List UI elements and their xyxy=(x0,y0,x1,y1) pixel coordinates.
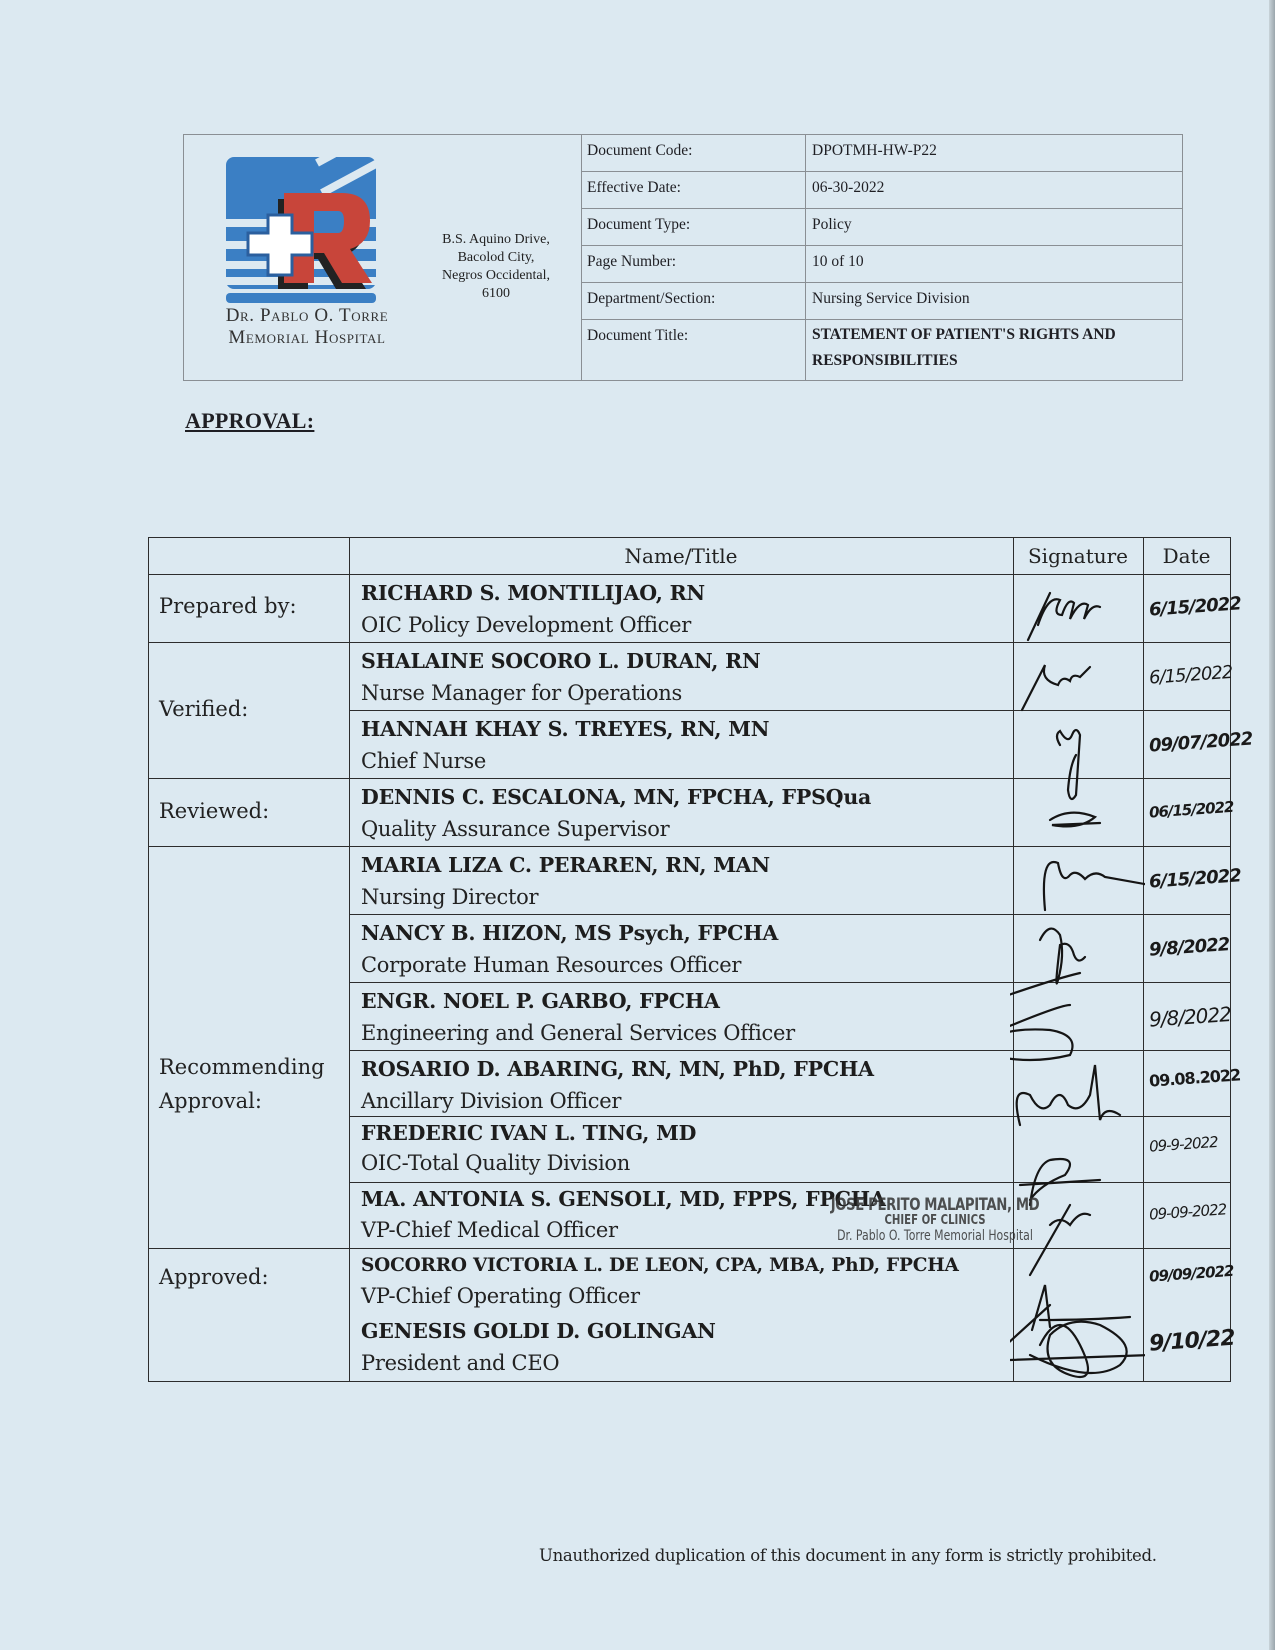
signatory-title: Chief Nurse xyxy=(361,744,1001,778)
signatory-name: GENESIS GOLDI D. GOLINGAN xyxy=(361,1316,1001,1346)
stamp-line1: JOSE PERITO MALAPITAN, MD xyxy=(830,1195,1041,1215)
signatory-title: Nursing Director xyxy=(361,880,1001,914)
table-row: FREDERIC IVAN L. TING, MD OIC-Total Qual… xyxy=(361,1118,1001,1178)
info-row-effective-date: Effective Date: 06-30-2022 xyxy=(581,172,1182,209)
signature-date: 6/15/2022 xyxy=(1148,660,1254,688)
signatory-title: OIC-Total Quality Division xyxy=(361,1148,1001,1178)
signatory-name: SOCORRO VICTORIA L. DE LEON, CPA, MBA, P… xyxy=(361,1251,1001,1281)
info-label: Document Title: xyxy=(581,320,806,380)
signature-date: 9/10/22 xyxy=(1148,1324,1254,1356)
signatory-name: MARIA LIZA C. PERAREN, RN, MAN xyxy=(361,850,1001,880)
table-row: HANNAH KHAY S. TREYES, RN, MN Chief Nurs… xyxy=(361,714,1001,778)
table-row: ROSARIO D. ABARING, RN, MN, PhD, FPCHA A… xyxy=(361,1054,1001,1118)
signatory-title: Engineering and General Services Officer xyxy=(361,1016,1001,1050)
signatory-title: Quality Assurance Supervisor xyxy=(361,812,1001,846)
address-line: 6100 xyxy=(416,285,576,303)
column-header-role xyxy=(149,538,349,574)
group-label-approved: Approved: xyxy=(159,1260,269,1294)
signatory-title: Nurse Manager for Operations xyxy=(361,676,1001,710)
hospital-logo-icon xyxy=(222,153,382,305)
signatory-name: ENGR. NOEL P. GARBO, FPCHA xyxy=(361,986,1001,1016)
group-label-recommending: Recommending Approval: xyxy=(159,1050,339,1118)
chief-of-clinics-stamp: JOSE PERITO MALAPITAN, MD CHIEF OF CLINI… xyxy=(800,1195,1070,1244)
hospital-name-line1: Dr. Pablo O. Torre xyxy=(192,305,422,327)
group-label-reviewed: Reviewed: xyxy=(159,794,269,828)
document-title: STATEMENT OF PATIENT'S RIGHTS AND RESPON… xyxy=(806,320,1182,382)
column-header-date: Date xyxy=(1143,538,1230,574)
signatory-title: President and CEO xyxy=(361,1346,1001,1380)
page-edge xyxy=(1269,0,1275,1650)
document-info: Document Code: DPOTMH-HW-P22 Effective D… xyxy=(581,135,1182,380)
info-label: Effective Date: xyxy=(581,172,806,208)
signature-date: 09.08.2022 xyxy=(1148,1064,1254,1090)
signatory-name: HANNAH KHAY S. TREYES, RN, MN xyxy=(361,714,1001,744)
column-header-signature: Signature xyxy=(1013,538,1143,574)
signatory-name: RICHARD S. MONTILIJAO, RN xyxy=(361,578,1001,608)
signature-date: 6/15/2022 xyxy=(1148,592,1254,620)
signatory-title: Corporate Human Resources Officer xyxy=(361,948,1001,982)
group-label-verified: Verified: xyxy=(159,692,248,726)
footer-notice: Unauthorized duplication of this documen… xyxy=(539,1546,1157,1565)
info-label: Department/Section: xyxy=(581,283,806,319)
table-row: MARIA LIZA C. PERAREN, RN, MAN Nursing D… xyxy=(361,850,1001,914)
table-row: DENNIS C. ESCALONA, MN, FPCHA, FPSQua Qu… xyxy=(361,782,1001,846)
signatory-title: VP-Chief Operating Officer xyxy=(361,1281,1001,1311)
column-header-name-title: Name/Title xyxy=(349,538,1013,574)
info-row-document-title: Document Title: STATEMENT OF PATIENT'S R… xyxy=(581,320,1182,380)
column-divider xyxy=(349,538,350,1381)
address-line: Bacolod City, xyxy=(416,249,576,267)
stamp-line2: CHIEF OF CLINICS xyxy=(830,1213,1041,1228)
signatory-name: DENNIS C. ESCALONA, MN, FPCHA, FPSQua xyxy=(361,782,1001,812)
signatory-name: FREDERIC IVAN L. TING, MD xyxy=(361,1118,1001,1148)
document-header-table: Dr. Pablo O. Torre Memorial Hospital B.S… xyxy=(183,134,1183,381)
row-divider xyxy=(149,574,1230,575)
signature-date: 09-9-2022 xyxy=(1149,1130,1255,1155)
signatory-name: SHALAINE SOCORO L. DURAN, RN xyxy=(361,646,1001,676)
signatory-name: ROSARIO D. ABARING, RN, MN, PhD, FPCHA xyxy=(361,1054,1001,1084)
signature-date: 9/8/2022 xyxy=(1148,932,1254,960)
table-row: SHALAINE SOCORO L. DURAN, RN Nurse Manag… xyxy=(361,646,1001,710)
logo-cell: Dr. Pablo O. Torre Memorial Hospital B.S… xyxy=(184,135,582,380)
hospital-name-line2: Memorial Hospital xyxy=(192,327,422,349)
table-row: ENGR. NOEL P. GARBO, FPCHA Engineering a… xyxy=(361,986,1001,1050)
info-label: Document Code: xyxy=(581,135,806,171)
address-line: B.S. Aquino Drive, xyxy=(416,231,576,249)
signature-date: 09/09/2022 xyxy=(1149,1260,1255,1285)
info-row-document-code: Document Code: DPOTMH-HW-P22 xyxy=(581,135,1182,172)
signatory-title: Ancillary Division Officer xyxy=(361,1084,1001,1118)
info-row-document-type: Document Type: Policy xyxy=(581,209,1182,246)
table-row: RICHARD S. MONTILIJAO, RN OIC Policy Dev… xyxy=(361,578,1001,642)
info-row-department: Department/Section: Nursing Service Divi… xyxy=(581,283,1182,320)
signature-date: 9/8/2022 xyxy=(1148,1000,1254,1031)
approval-heading: APPROVAL: xyxy=(185,408,314,434)
signature-date: 09-09-2022 xyxy=(1149,1198,1255,1223)
table-row: SOCORRO VICTORIA L. DE LEON, CPA, MBA, P… xyxy=(361,1251,1001,1311)
signature-date: 06/15/2022 xyxy=(1149,796,1255,821)
signatory-title: OIC Policy Development Officer xyxy=(361,608,1001,642)
address-line: Negros Occidental, xyxy=(416,267,576,285)
hospital-address: B.S. Aquino Drive, Bacolod City, Negros … xyxy=(416,231,576,303)
stamp-line3: Dr. Pablo O. Torre Memorial Hospital xyxy=(830,1228,1041,1244)
info-row-page-number: Page Number: 10 of 10 xyxy=(581,246,1182,283)
info-label: Page Number: xyxy=(581,246,806,282)
table-row: NANCY B. HIZON, MS Psych, FPCHA Corporat… xyxy=(361,918,1001,982)
table-row: GENESIS GOLDI D. GOLINGAN President and … xyxy=(361,1316,1001,1380)
signature-scribbles-icon xyxy=(1010,585,1145,1385)
signature-date: 6/15/2022 xyxy=(1148,864,1254,892)
hospital-name: Dr. Pablo O. Torre Memorial Hospital xyxy=(192,305,422,349)
signature-date: 09/07/2022 xyxy=(1148,728,1254,756)
group-label-prepared: Prepared by: xyxy=(159,589,297,623)
signatory-name: NANCY B. HIZON, MS Psych, FPCHA xyxy=(361,918,1001,948)
info-label: Document Type: xyxy=(581,209,806,245)
